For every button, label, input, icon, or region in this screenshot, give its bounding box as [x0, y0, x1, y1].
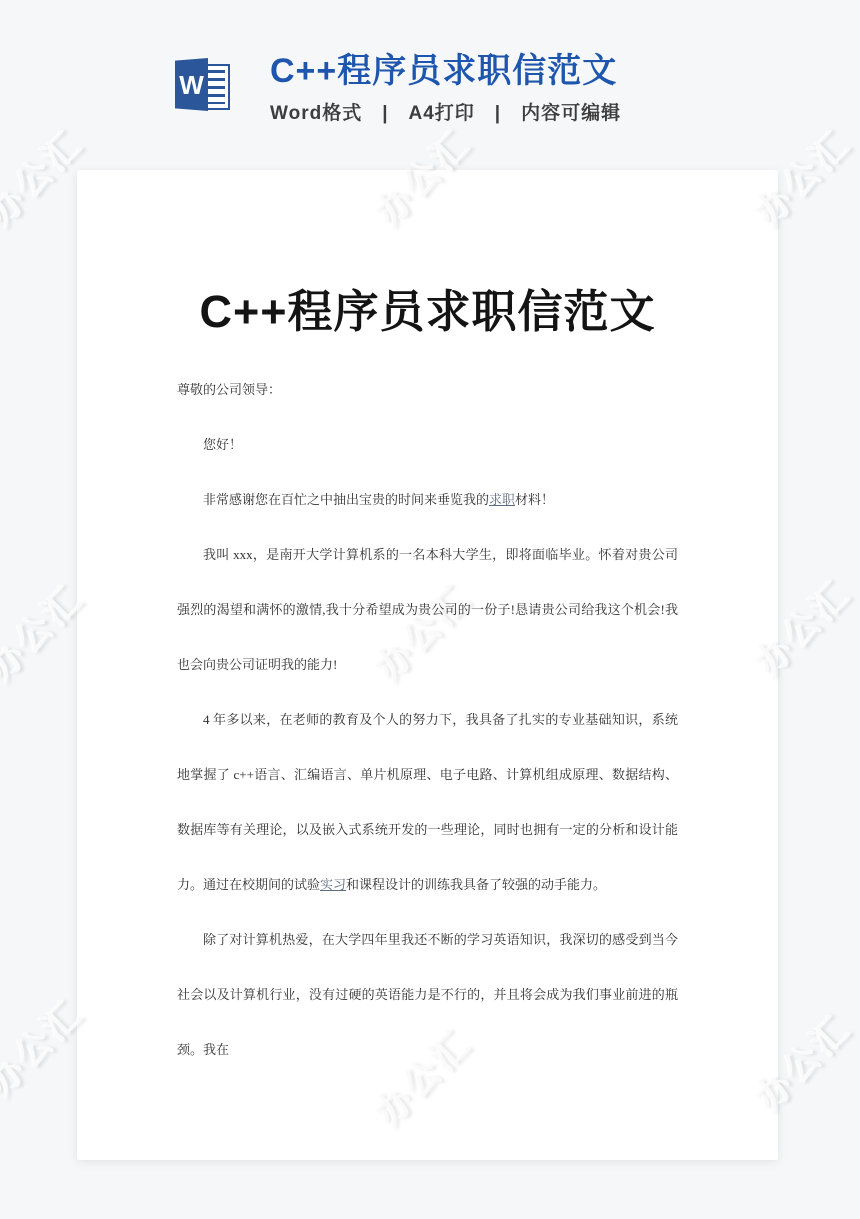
doc-text-run: 我叫 xxx，是南开大学计算机系的一名本科大学生，即将面临毕业。怀着对贵公司强烈… — [177, 547, 678, 672]
doc-text-run: 4 年多以来，在老师的教育及个人的努力下，我具备了扎实的专业基础知识，系统地掌握… — [177, 712, 678, 892]
doc-text-run: 您好！ — [203, 437, 242, 452]
doc-paragraph: 除了对计算机热爱，在大学四年里我还不断的学习英语知识，我深切的感受到当今社会以及… — [177, 912, 678, 1077]
document-title: C++程序员求职信范文 — [177, 283, 678, 341]
doc-paragraphs: 尊敬的公司领导：您好！非常感谢您在百忙之中抽出宝贵的时间来垂览我的求职材料！我叫… — [177, 362, 678, 1077]
doc-text-run: 非常感谢您在百忙之中抽出宝贵的时间来垂览我的 — [203, 492, 489, 507]
document-page: C++程序员求职信范文 尊敬的公司领导：您好！非常感谢您在百忙之中抽出宝贵的时间… — [77, 170, 778, 1160]
doc-text-run: 尊敬的公司领导： — [177, 382, 281, 397]
word-file-icon: W — [175, 56, 231, 114]
page-title: C++程序员求职信范文 — [270, 52, 621, 90]
doc-paragraph: 非常感谢您在百忙之中抽出宝贵的时间来垂览我的求职材料！ — [177, 472, 678, 527]
doc-paragraph: 尊敬的公司领导： — [177, 362, 678, 417]
doc-format-meta: Word格式 | A4打印 | 内容可编辑 — [270, 98, 621, 125]
doc-text-run: 材料！ — [515, 492, 554, 507]
inline-link[interactable]: 求职 — [489, 492, 515, 507]
word-icon-letter: W — [179, 72, 204, 98]
doc-paragraph: 我叫 xxx，是南开大学计算机系的一名本科大学生，即将面临毕业。怀着对贵公司强烈… — [177, 527, 678, 692]
doc-paragraph: 4 年多以来，在老师的教育及个人的努力下，我具备了扎实的专业基础知识，系统地掌握… — [177, 692, 678, 912]
word-icon-cover: W — [175, 58, 208, 111]
site-header: W C++程序员求职信范文 Word格式 | A4打印 | 内容可编辑 — [0, 0, 860, 150]
doc-text-run: 和课程设计的训练我具备了较强的动手能力。 — [346, 877, 606, 892]
inline-link[interactable]: 实习 — [320, 877, 346, 892]
doc-text-run: 除了对计算机热爱，在大学四年里我还不断的学习英语知识，我深切的感受到当今社会以及… — [177, 932, 678, 1057]
word-icon-sheet-lines — [208, 70, 225, 104]
document-content: C++程序员求职信范文 尊敬的公司领导：您好！非常感谢您在百忙之中抽出宝贵的时间… — [77, 283, 778, 1077]
doc-paragraph: 您好！ — [177, 417, 678, 472]
header-text: C++程序员求职信范文 Word格式 | A4打印 | 内容可编辑 — [270, 52, 621, 125]
